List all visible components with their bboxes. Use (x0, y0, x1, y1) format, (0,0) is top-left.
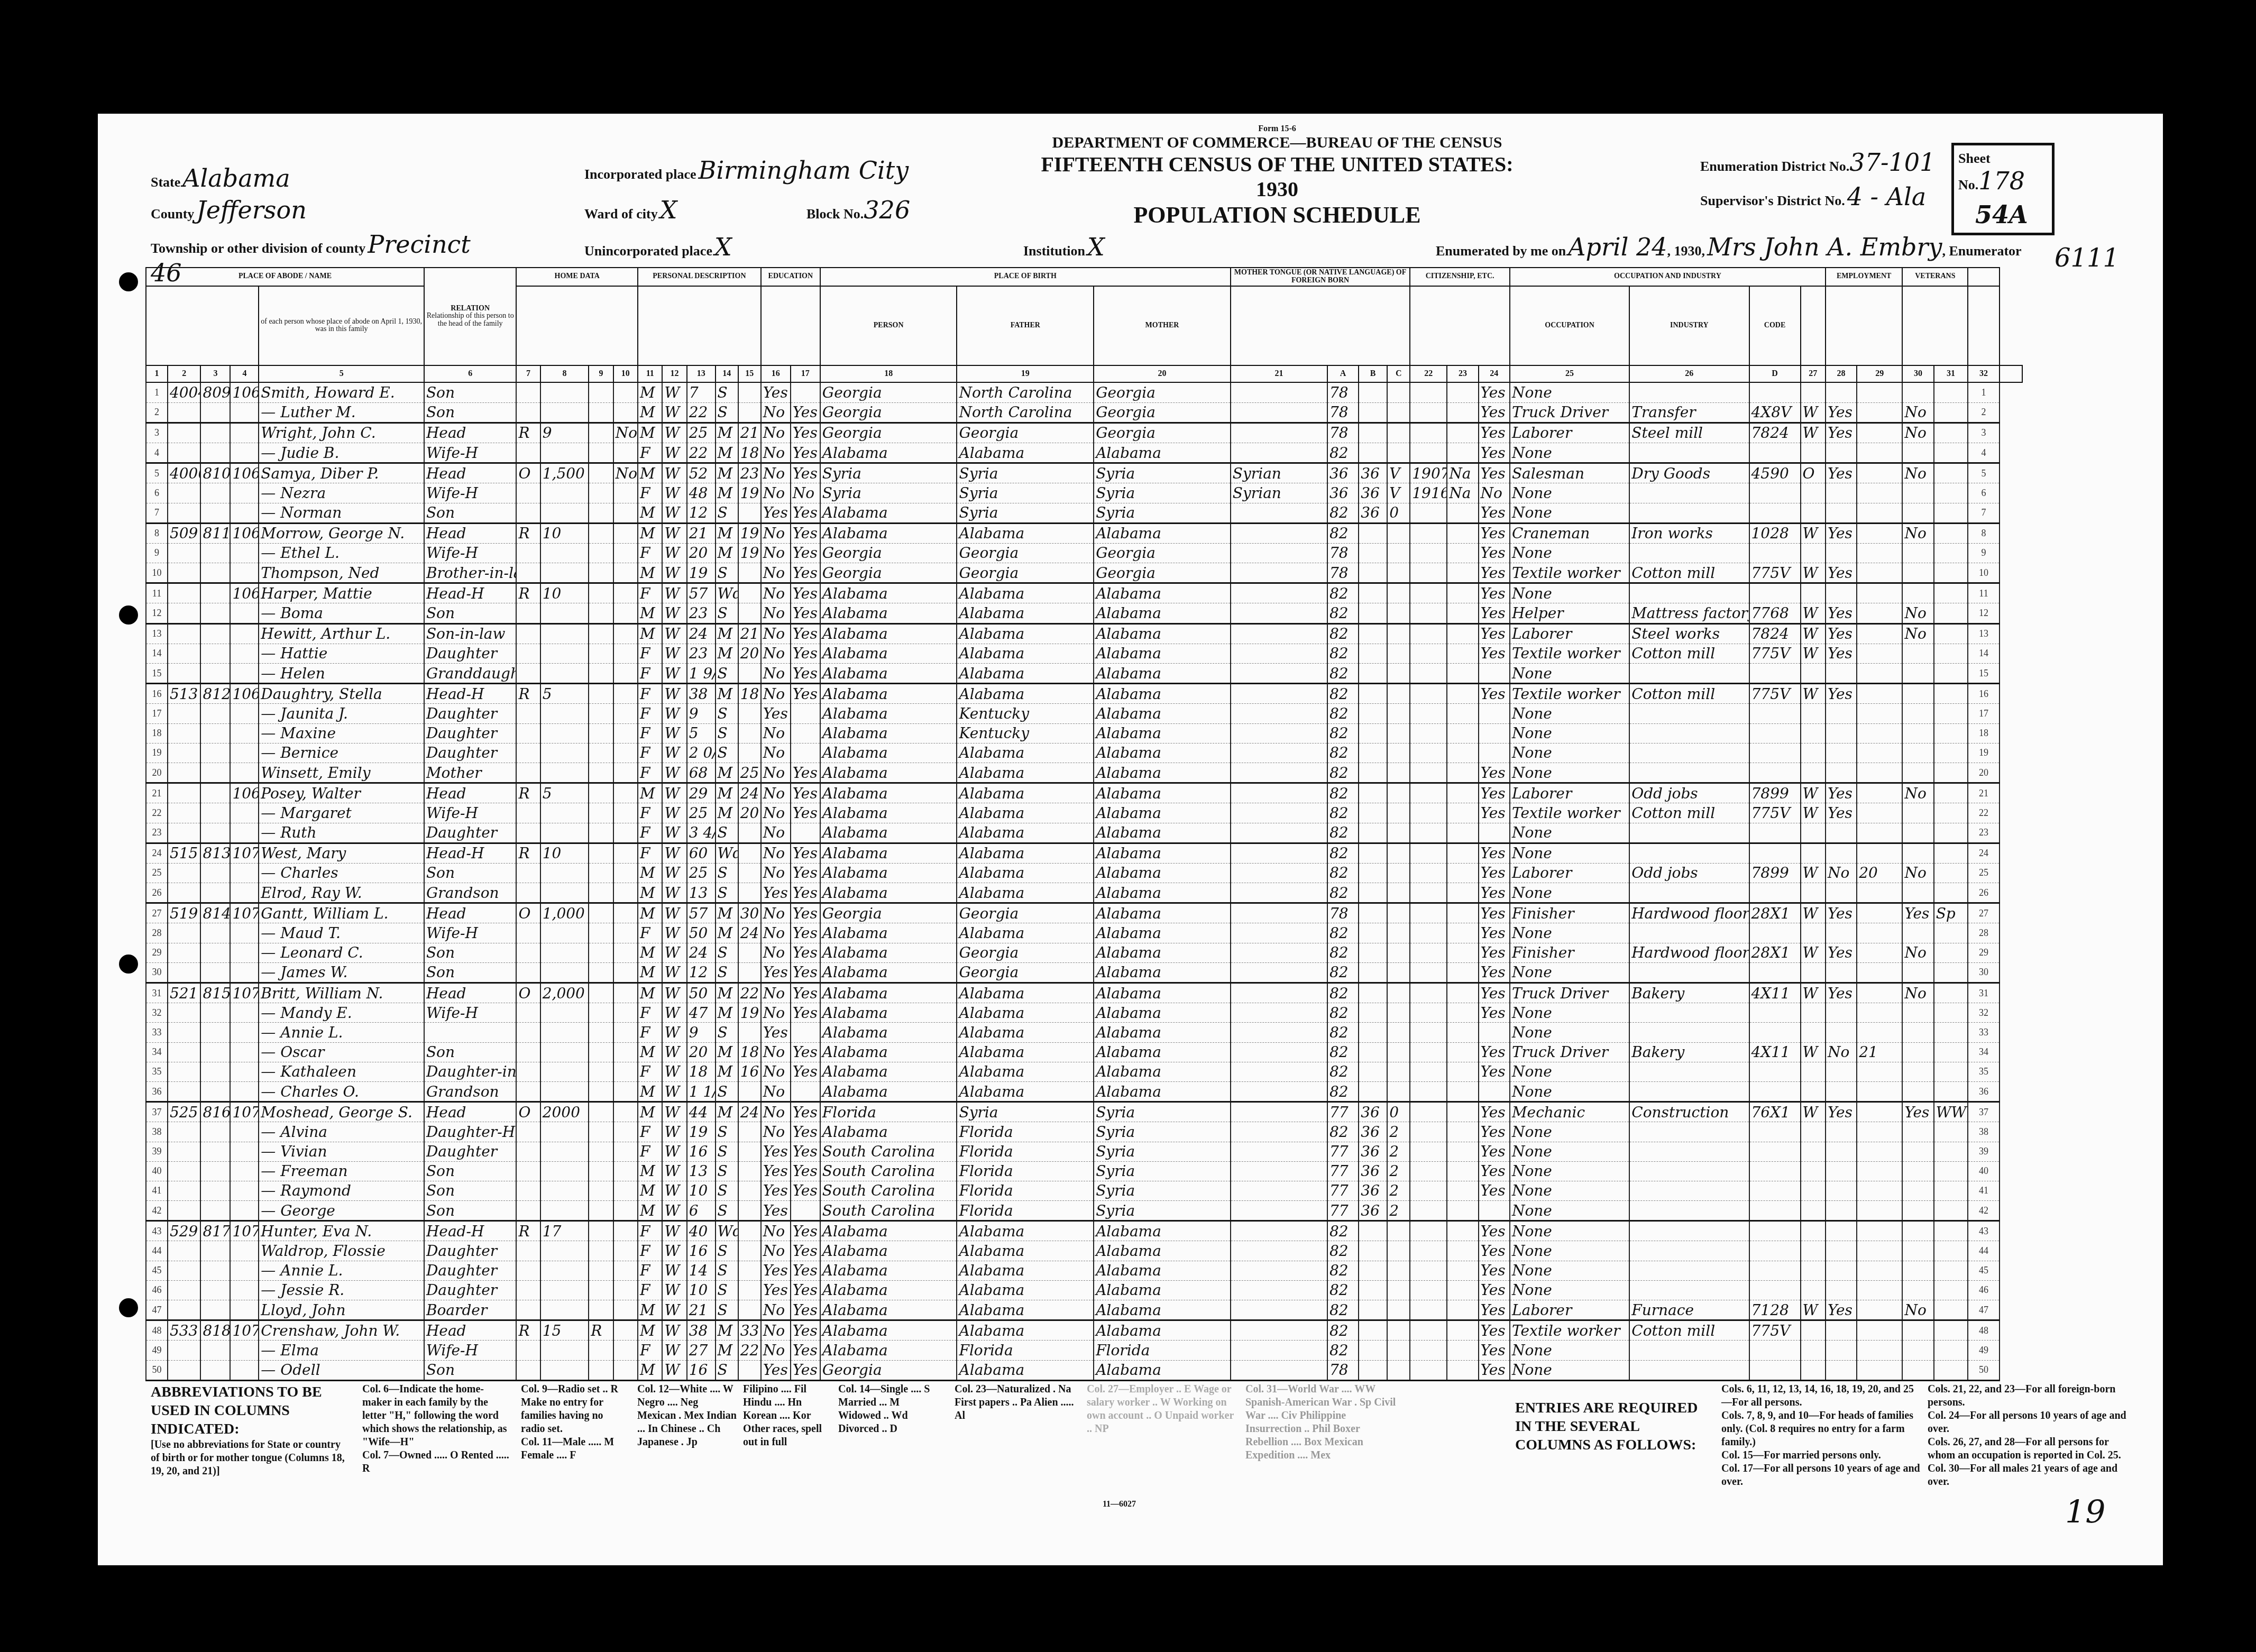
cell-name: Wright, John C. (259, 423, 424, 443)
cell-war (1934, 603, 1968, 623)
cell-lnr: 43 (1968, 1221, 1999, 1241)
column-number: 19 (957, 365, 1094, 382)
cell-val: 2,000 (540, 983, 589, 1003)
cell-val (540, 704, 589, 723)
cell-unemp (1857, 523, 1902, 543)
table-row: 10Thompson, NedBrother-in-lawMW19SNoYesG… (146, 563, 2022, 583)
cell-agem (738, 1122, 761, 1142)
cell-own (516, 1181, 540, 1200)
cell-sch: No (761, 763, 791, 783)
cell-read: Yes (791, 563, 820, 583)
cell-lnr: 8 (1968, 523, 1999, 543)
cell-mbp: Alabama (1094, 962, 1231, 983)
cell-fam: 1064 (230, 382, 259, 402)
cell-age: 7 (687, 382, 716, 402)
cell-cls (1801, 1341, 1826, 1360)
column-number: 3 (200, 365, 230, 382)
cell-ln: 4 (146, 443, 168, 463)
cell-fam (230, 743, 259, 763)
cell-ca: 82 (1327, 704, 1359, 723)
cell-ca: 78 (1327, 423, 1359, 443)
cell-ln: 5 (146, 463, 168, 483)
cell-nat (1447, 402, 1478, 423)
cell-race: W (662, 644, 686, 663)
cell-eng: Yes (1479, 1341, 1510, 1360)
cell-ind: Cotton mill (1629, 563, 1749, 583)
cell-house (168, 1341, 201, 1360)
cell-cb (1359, 684, 1387, 704)
cell-nat (1447, 883, 1478, 903)
cell-dw (200, 1062, 230, 1081)
cell-rel: Boarder (424, 1300, 517, 1320)
cell-cd (1749, 583, 1801, 603)
cell-work: Yes (1826, 684, 1857, 704)
cell-agem (738, 863, 761, 883)
cell-nat (1447, 863, 1478, 883)
cell-agem: 22 (738, 1341, 761, 1360)
abbreviations-block: ABBREVIATIONS TO BE USED IN COLUMNS INDI… (151, 1383, 352, 1478)
cell-sex: F (638, 723, 662, 743)
cell-work (1826, 382, 1857, 402)
cell-sch: No (761, 923, 791, 943)
cell-agem (738, 1280, 761, 1300)
cell-rel (424, 1023, 517, 1042)
cell-farm (613, 743, 638, 763)
cell-cb (1359, 1280, 1387, 1300)
table-row: 39— VivianDaughterFW16SYesYesSouth Carol… (146, 1142, 2022, 1161)
cell-vet (1902, 503, 1933, 523)
cell-mar: S (716, 402, 738, 423)
cell-cls (1801, 583, 1826, 603)
cell-cls: O (1801, 463, 1826, 483)
cell-race: W (662, 1003, 686, 1023)
cell-agem (738, 1081, 761, 1102)
cell-sex: F (638, 1341, 662, 1360)
cell-ind (1629, 843, 1749, 863)
cell-occ: None (1510, 1221, 1629, 1241)
cell-unemp: 20 (1857, 863, 1902, 883)
cell-cb (1359, 623, 1387, 644)
cell-occ: None (1510, 1241, 1629, 1261)
cell-vet: Yes (1902, 903, 1933, 923)
cell-dw (200, 704, 230, 723)
cell-race: W (662, 823, 686, 843)
cell-house (168, 543, 201, 563)
cell-val: 1,000 (540, 903, 589, 923)
cell-occ: Textile worker (1510, 563, 1629, 583)
cell-read: Yes (791, 943, 820, 962)
cell-val: 9 (540, 423, 589, 443)
cell-fam: 1069 (230, 783, 259, 803)
cell-fbp: Alabama (957, 783, 1094, 803)
cell-dw (200, 1280, 230, 1300)
column-number: 31 (1934, 365, 1968, 382)
cell-radio (589, 423, 613, 443)
cell-cc (1387, 743, 1410, 763)
cell-sex: M (638, 563, 662, 583)
cell-cb (1359, 1300, 1387, 1320)
cell-dw (200, 923, 230, 943)
header-personal-description: PERSONAL DESCRIPTION (638, 268, 761, 286)
cell-ln: 27 (146, 903, 168, 923)
cell-ln: 41 (146, 1181, 168, 1200)
cell-sch: No (761, 1122, 791, 1142)
cell-lang (1231, 962, 1327, 983)
cell-sch: No (761, 583, 791, 603)
cell-age: 16 (687, 1360, 716, 1380)
cell-rel: Mother (424, 763, 517, 783)
cell-nat (1447, 723, 1478, 743)
cell-work (1826, 543, 1857, 563)
cell-eng: Yes (1479, 382, 1510, 402)
cell-dw (200, 1261, 230, 1280)
cell-radio (589, 503, 613, 523)
cell-agem: 30 (738, 903, 761, 923)
cell-unemp (1857, 623, 1902, 644)
cell-name: — Boma (259, 603, 424, 623)
cell-ca: 82 (1327, 823, 1359, 843)
cell-ind (1629, 664, 1749, 684)
cell-nat (1447, 1142, 1478, 1161)
cell-rel: Head (424, 1102, 517, 1122)
cell-name: Moshead, George S. (259, 1102, 424, 1122)
cell-mbp: Alabama (1094, 1042, 1231, 1062)
cell-mbp: Alabama (1094, 443, 1231, 463)
cell-agem (738, 883, 761, 903)
cell-house: 525 (168, 1102, 201, 1122)
cell-war (1934, 783, 1968, 803)
cell-bp: South Carolina (820, 1181, 957, 1200)
cell-name: — Charles O. (259, 1081, 424, 1102)
cell-dw (200, 402, 230, 423)
cell-ca: 77 (1327, 1102, 1359, 1122)
cell-sch: No (761, 1003, 791, 1023)
cell-ca: 82 (1327, 623, 1359, 644)
cell-read: Yes (791, 684, 820, 704)
cell-lnr: 9 (1968, 543, 1999, 563)
block-field: Block No.326 (806, 196, 910, 224)
cell-farm (613, 983, 638, 1003)
cell-race: W (662, 543, 686, 563)
cell-race: W (662, 1081, 686, 1102)
cell-mar: S (716, 704, 738, 723)
cell-house (168, 563, 201, 583)
cell-cls (1801, 1241, 1826, 1261)
cell-ln: 38 (146, 1122, 168, 1142)
cell-ca: 82 (1327, 1221, 1359, 1241)
cell-farm (613, 1201, 638, 1221)
cell-cb (1359, 664, 1387, 684)
cell-radio (589, 1102, 613, 1122)
cell-mbp: Alabama (1094, 704, 1231, 723)
cell-fbp: Florida (957, 1122, 1094, 1142)
cell-ca: 82 (1327, 1261, 1359, 1280)
cell-race: W (662, 983, 686, 1003)
cell-race: W (662, 903, 686, 923)
cell-farm (613, 1221, 638, 1241)
cell-work (1826, 1341, 1857, 1360)
cell-cls: W (1801, 644, 1826, 663)
cell-radio (589, 843, 613, 863)
cell-cc (1387, 763, 1410, 783)
cell-dw (200, 1122, 230, 1142)
cell-cd (1749, 443, 1801, 463)
cell-cc (1387, 684, 1410, 704)
state-field: State Alabama (151, 164, 290, 192)
cell-mar: Wd (716, 1221, 738, 1241)
cell-read: Yes (791, 1142, 820, 1161)
cell-read: Yes (791, 903, 820, 923)
cell-unemp (1857, 382, 1902, 402)
cell-age: 19 (687, 1122, 716, 1142)
cell-imm (1410, 723, 1447, 743)
cell-vet (1902, 443, 1933, 463)
cell-dw (200, 1181, 230, 1200)
cell-rel: Grandson (424, 1081, 517, 1102)
column-number: 26 (1629, 365, 1749, 382)
cell-fbp: Florida (957, 1341, 1094, 1360)
cell-agem (738, 1181, 761, 1200)
cell-cb (1359, 644, 1387, 663)
cell-lang (1231, 723, 1327, 743)
cell-unemp (1857, 463, 1902, 483)
cell-unemp (1857, 1122, 1902, 1142)
cell-house (168, 1261, 201, 1280)
cell-war (1934, 684, 1968, 704)
cell-war (1934, 1181, 1968, 1200)
cell-mbp: Alabama (1094, 723, 1231, 743)
cell-own: R (516, 684, 540, 704)
cell-bp: Georgia (820, 903, 957, 923)
cell-house (168, 1181, 201, 1200)
cell-fam: 1065 (230, 463, 259, 483)
cell-fbp: Syria (957, 503, 1094, 523)
cell-war (1934, 382, 1968, 402)
cell-name: — Oscar (259, 1042, 424, 1062)
cell-eng: Yes (1479, 583, 1510, 603)
cell-vet: No (1902, 983, 1933, 1003)
table-row: 22— MargaretWife-HFW25M20NoYesAlabamaAla… (146, 803, 2022, 823)
cell-read: Yes (791, 1341, 820, 1360)
cell-ln: 17 (146, 704, 168, 723)
cell-fam: 1068 (230, 684, 259, 704)
table-row: 245158131070West, MaryHead-HR10FW60WdNoY… (146, 843, 2022, 863)
table-row: 275198141071Gantt, William L.HeadO1,000M… (146, 903, 2022, 923)
cell-unemp (1857, 1102, 1902, 1122)
cell-mbp: Alabama (1094, 1081, 1231, 1102)
cell-house (168, 644, 201, 663)
cell-house (168, 763, 201, 783)
cell-imm: 1907 (1410, 463, 1447, 483)
cell-lang (1231, 1102, 1327, 1122)
cell-bp: Alabama (820, 704, 957, 723)
cell-name: Posey, Walter (259, 783, 424, 803)
cell-farm (613, 1341, 638, 1360)
cell-fbp: Alabama (957, 883, 1094, 903)
cell-cb: 36 (1359, 1161, 1387, 1181)
cell-rel: Head (424, 983, 517, 1003)
cell-vet: Yes (1902, 1102, 1933, 1122)
cell-bp: Alabama (820, 1300, 957, 1320)
cell-imm (1410, 523, 1447, 543)
cell-name: — Maxine (259, 723, 424, 743)
cell-age: 13 (687, 1161, 716, 1181)
cell-imm (1410, 1320, 1447, 1341)
cell-ca: 82 (1327, 1042, 1359, 1062)
cell-read: Yes (791, 883, 820, 903)
cell-nat (1447, 1341, 1478, 1360)
cell-sch: No (761, 1241, 791, 1261)
cell-war (1934, 1320, 1968, 1341)
cell-agem (738, 1241, 761, 1261)
cell-lnr: 23 (1968, 823, 1999, 843)
cell-ca: 82 (1327, 523, 1359, 543)
cell-fam (230, 723, 259, 743)
cell-cc (1387, 523, 1410, 543)
cell-dw (200, 623, 230, 644)
cell-lang (1231, 783, 1327, 803)
cell-mbp: Alabama (1094, 1320, 1231, 1341)
cell-fam: 1070 (230, 843, 259, 863)
cell-ind (1629, 1023, 1749, 1042)
cell-lnr: 28 (1968, 923, 1999, 943)
cell-eng: Yes (1479, 1320, 1510, 1341)
cell-age: 50 (687, 923, 716, 943)
cell-mar: S (716, 563, 738, 583)
cell-eng: Yes (1479, 1261, 1510, 1280)
cell-unemp (1857, 823, 1902, 843)
cell-radio (589, 664, 613, 684)
cell-mbp: Florida (1094, 1341, 1231, 1360)
cell-mbp: Alabama (1094, 823, 1231, 843)
cell-mbp: Alabama (1094, 1003, 1231, 1023)
cell-occ: Laborer (1510, 863, 1629, 883)
cell-cc: 2 (1387, 1201, 1410, 1221)
cell-cb (1359, 843, 1387, 863)
cell-cls (1801, 382, 1826, 402)
cell-radio (589, 983, 613, 1003)
cell-sex: M (638, 1161, 662, 1181)
cell-fam (230, 863, 259, 883)
cell-name: — James W. (259, 962, 424, 983)
cell-occ: Textile worker (1510, 803, 1629, 823)
cell-read (791, 1201, 820, 1221)
cell-fbp: Alabama (957, 1261, 1094, 1280)
cell-ca: 82 (1327, 503, 1359, 523)
cell-unemp (1857, 1062, 1902, 1081)
cell-nat (1447, 664, 1478, 684)
cell-age: 12 (687, 962, 716, 983)
table-row: 41— RaymondSonMW10SYesYesSouth CarolinaF… (146, 1181, 2022, 1200)
cell-eng: Yes (1479, 603, 1510, 623)
cell-ind: Construction (1629, 1102, 1749, 1122)
cell-cc (1387, 563, 1410, 583)
cell-sch: Yes (761, 704, 791, 723)
cell-lnr: 39 (1968, 1142, 1999, 1161)
cell-nat: Na (1447, 483, 1478, 503)
cell-read: Yes (791, 983, 820, 1003)
cell-val (540, 443, 589, 463)
cell-race: W (662, 664, 686, 684)
cell-imm (1410, 1003, 1447, 1023)
cell-nat (1447, 623, 1478, 644)
cell-rel: Son (424, 382, 517, 402)
cell-occ: None (1510, 382, 1629, 402)
cell-fam: 1067 (230, 583, 259, 603)
cell-dw (200, 483, 230, 503)
cell-agem: 21 (738, 423, 761, 443)
cell-race: W (662, 1221, 686, 1241)
cell-occ: None (1510, 583, 1629, 603)
margin-note: 6111 (2055, 243, 2119, 273)
cell-lnr: 32 (1968, 1003, 1999, 1023)
cell-lnr: 10 (1968, 563, 1999, 583)
cell-read: Yes (791, 583, 820, 603)
cell-fbp: Alabama (957, 1360, 1094, 1380)
cell-agem: 20 (738, 803, 761, 823)
cell-dw (200, 503, 230, 523)
cell-ind (1629, 503, 1749, 523)
cell-val (540, 1142, 589, 1161)
cell-cd (1749, 483, 1801, 503)
cell-imm (1410, 983, 1447, 1003)
cell-work (1826, 583, 1857, 603)
cell-bp: Alabama (820, 443, 957, 463)
cell-mar: M (716, 903, 738, 923)
cell-age: 14 (687, 1261, 716, 1280)
cell-rel: Son (424, 863, 517, 883)
cell-cls: W (1801, 603, 1826, 623)
cell-cls (1801, 704, 1826, 723)
cell-lnr: 50 (1968, 1360, 1999, 1380)
cell-eng: Yes (1479, 883, 1510, 903)
cell-unemp (1857, 903, 1902, 923)
cell-sex: F (638, 803, 662, 823)
cell-mar: S (716, 1181, 738, 1200)
cell-mbp: Alabama (1094, 1300, 1231, 1320)
cell-race: W (662, 1102, 686, 1122)
cell-cb: 36 (1359, 483, 1387, 503)
cell-ind (1629, 1122, 1749, 1142)
cell-ln: 47 (146, 1300, 168, 1320)
cell-occ: Laborer (1510, 623, 1629, 644)
cell-age: 1 9/12 (687, 664, 716, 684)
cell-ca: 82 (1327, 1003, 1359, 1023)
cell-lnr: 27 (1968, 903, 1999, 923)
cell-lnr: 11 (1968, 583, 1999, 603)
cell-vet (1902, 923, 1933, 943)
cell-sch: Yes (761, 1261, 791, 1280)
cell-ind (1629, 723, 1749, 743)
cell-lang (1231, 823, 1327, 843)
cell-cb (1359, 523, 1387, 543)
cell-cb (1359, 1003, 1387, 1023)
cell-war (1934, 704, 1968, 723)
cell-read: Yes (791, 1042, 820, 1062)
cell-radio (589, 1360, 613, 1380)
table-row: 12— BomaSonMW23SNoYesAlabamaAlabamaAlaba… (146, 603, 2022, 623)
cell-cb (1359, 1062, 1387, 1081)
cell-work (1826, 1062, 1857, 1081)
cell-agem (738, 1161, 761, 1181)
cell-fbp: Alabama (957, 1241, 1094, 1261)
cell-cb: 36 (1359, 1122, 1387, 1142)
cell-age: 40 (687, 1221, 716, 1241)
cell-cls (1801, 1122, 1826, 1142)
cell-race: W (662, 423, 686, 443)
cell-eng: Yes (1479, 1003, 1510, 1023)
cell-mar: S (716, 1241, 738, 1261)
